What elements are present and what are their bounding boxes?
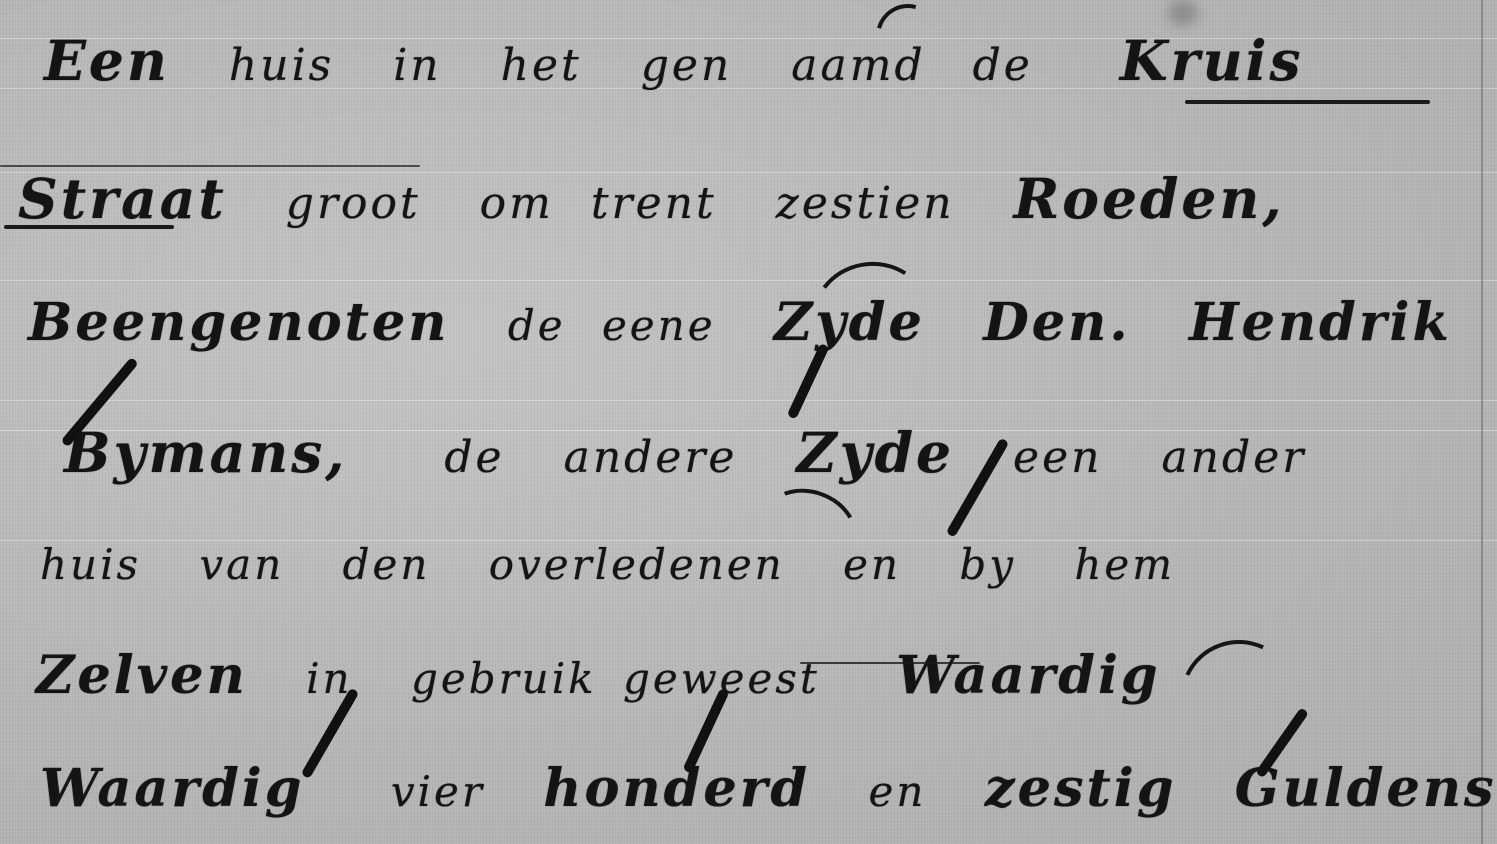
word: Zelven	[36, 645, 248, 706]
underline-straat	[4, 225, 174, 229]
word: de	[508, 301, 566, 350]
word: om	[480, 178, 554, 229]
word: by	[959, 540, 1016, 589]
word: de	[444, 432, 504, 483]
word: in	[393, 40, 441, 91]
word: Waardig	[896, 645, 1160, 706]
word: vier	[391, 767, 485, 816]
underline-kruis	[1185, 100, 1430, 104]
paper-ruling	[0, 400, 1497, 401]
word: trent	[591, 178, 717, 229]
underlined-word-straat: Straat	[18, 166, 227, 231]
word: overledenen	[489, 540, 785, 589]
manuscript-line-4: Bymans, de andere Zyde een ander	[64, 420, 1348, 485]
word: Waardig	[40, 758, 304, 819]
word: huis	[40, 540, 141, 589]
word: den	[343, 540, 431, 589]
word: groot	[286, 178, 421, 229]
connecting-line	[800, 662, 980, 664]
word: Roeden,	[1014, 166, 1285, 231]
word: eene	[602, 301, 716, 350]
word: Den.	[983, 292, 1130, 353]
word: Hendrik	[1189, 292, 1452, 353]
paper-ruling	[0, 280, 1497, 281]
underlined-word-kruis: Kruis	[1120, 28, 1304, 93]
word: honderd	[543, 758, 810, 819]
manuscript-page: Een huis in het gen aamd de Kruis Straat…	[0, 0, 1497, 844]
manuscript-line-2: Straat groot om trent zestien Roeden,	[18, 166, 1327, 231]
word: Een	[44, 28, 170, 93]
word: ander	[1161, 432, 1306, 483]
word: Beengenoten	[28, 292, 449, 353]
word: huis	[229, 40, 334, 91]
right-margin-line	[1481, 0, 1483, 844]
word: zestien	[776, 178, 955, 229]
word: de	[973, 40, 1033, 91]
word: gen	[641, 40, 733, 91]
word: een	[1013, 432, 1102, 483]
word: andere	[564, 432, 738, 483]
manuscript-line-7: Waardig vier honderd en zestig Guldens	[40, 758, 1497, 819]
manuscript-line-6: Zelven in gebruik geweest Waardig	[36, 645, 1203, 706]
letter-stroke	[787, 343, 830, 420]
word: Bymans,	[64, 420, 347, 485]
ink-stain	[1168, 0, 1198, 26]
word: van	[199, 540, 284, 589]
word: en	[868, 767, 926, 816]
letter-flourish	[804, 253, 939, 380]
manuscript-line-5: huis van den overledenen en by hem	[40, 540, 1217, 589]
word: Guldens	[1235, 758, 1497, 819]
manuscript-line-1: Een huis in het gen aamd de Kruis	[44, 28, 1345, 93]
word: het	[501, 40, 582, 91]
strike-line	[0, 165, 420, 167]
word: zestig	[985, 758, 1177, 819]
word: gebruik	[411, 654, 597, 703]
manuscript-line-3: Beengenoten de eene Zyde Den. Hendrik	[28, 292, 1494, 353]
word: hem	[1074, 540, 1175, 589]
word: Zyde	[796, 420, 954, 485]
